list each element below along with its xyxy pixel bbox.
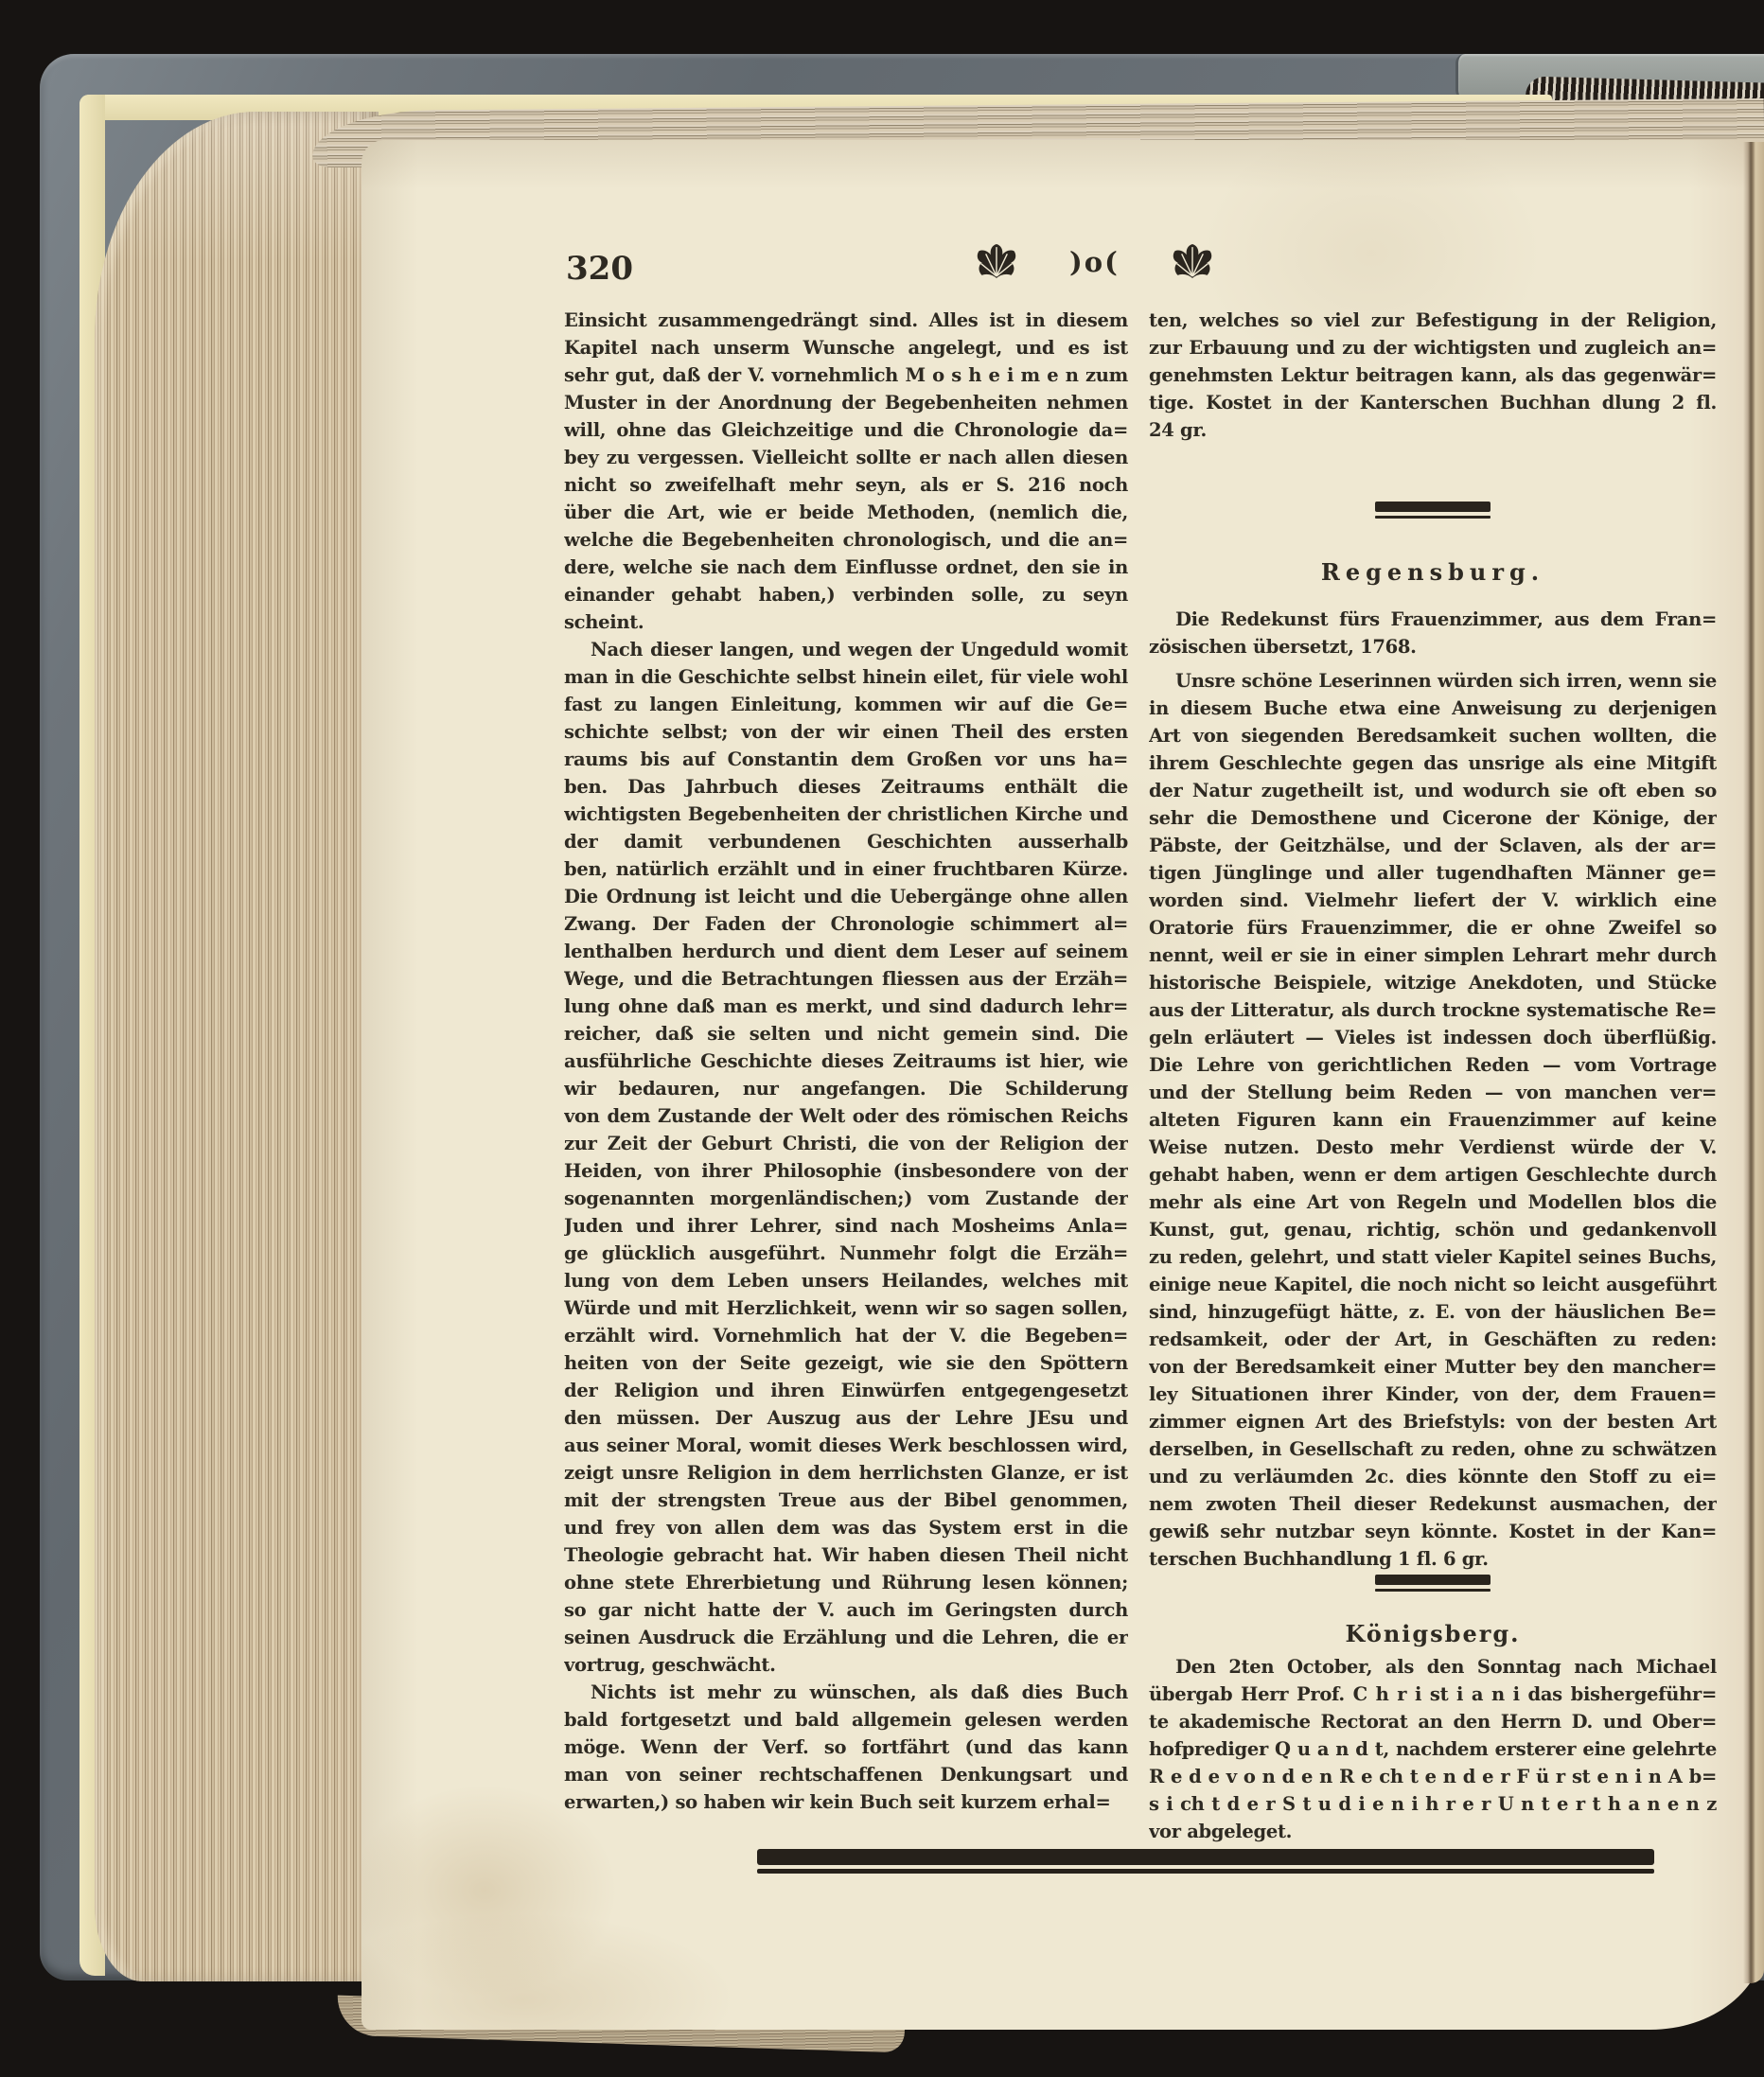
text-line: Kapitel nach unserm Wunsche angelegt, un… bbox=[564, 334, 1128, 361]
text-line: worden sind. Vielmehr liefert der V. wir… bbox=[1149, 887, 1717, 914]
text-line: ihrem Geschlechte gegen das unsrige als … bbox=[1149, 749, 1717, 777]
text-line: ge glücklich ausgeführt. Nunmehr folgt d… bbox=[564, 1240, 1128, 1267]
text-line: wichtigsten Begebenheiten der christlich… bbox=[564, 801, 1128, 828]
paragraph: Einsicht zusammengedrängt sind. Alles is… bbox=[564, 307, 1128, 636]
text-line: ohne stete Ehrerbietung und Rührung lese… bbox=[564, 1569, 1128, 1596]
text-line: in diesem Buche etwa eine Anweisung zu d… bbox=[1149, 695, 1717, 722]
text-line: seinen Ausdruck die Erzählung und die Le… bbox=[564, 1624, 1128, 1651]
text-line: historische Beispiele, witzige Anekdoten… bbox=[1149, 969, 1717, 996]
text-line: gehabt haben, wenn er dem artigen Geschl… bbox=[1149, 1161, 1717, 1188]
text-line: reicher, daß sie selten und nicht gemein… bbox=[564, 1020, 1128, 1047]
text-line: von der Beredsamkeit einer Mutter bey de… bbox=[1149, 1353, 1717, 1381]
text-line: Art von siegenden Beredsamkeit suchen wo… bbox=[1149, 722, 1717, 749]
text-line: Würde und mit Herzlichkeit, wenn wir so … bbox=[564, 1294, 1128, 1322]
divider-thin-bar bbox=[1375, 516, 1491, 519]
text-line: so gar nicht hatte der V. auch im Gering… bbox=[564, 1596, 1128, 1624]
shell-left-icon bbox=[975, 244, 1018, 283]
text-line: Unsre schöne Leserinnen würden sich irre… bbox=[1149, 667, 1717, 695]
text-line: sehr die Demosthene und Cicerone der Kön… bbox=[1149, 804, 1717, 832]
text-line: aus der Litteratur, als durch trockne sy… bbox=[1149, 996, 1717, 1024]
text-line: ausführliche Geschichte dieses Zeitraums… bbox=[564, 1047, 1128, 1075]
text-line: sehr gut, daß der V. vornehmlich M o s h… bbox=[564, 361, 1128, 389]
text-line: mit der strengsten Treue aus der Bibel g… bbox=[564, 1487, 1128, 1514]
text-line: und frey von allen dem was das System er… bbox=[564, 1514, 1128, 1541]
text-line: man von seiner rechtschaffenen Denkungsa… bbox=[564, 1761, 1128, 1788]
text-line: nicht so zweifelhaft mehr seyn, als er S… bbox=[564, 471, 1128, 499]
paragraph: Nichts ist mehr zu wünschen, als daß die… bbox=[564, 1679, 1128, 1816]
text-line: der damit verbundenen Geschichten ausser… bbox=[564, 828, 1128, 855]
text-line: Weise nutzen. Desto mehr Verdienst würde… bbox=[1149, 1134, 1717, 1161]
text-line: Einsicht zusammengedrängt sind. Alles is… bbox=[564, 307, 1128, 334]
text-line: geln erläutert — Vieles ist indessen doc… bbox=[1149, 1024, 1717, 1051]
text-line: von dem Zustande der Welt oder des römis… bbox=[564, 1102, 1128, 1130]
book-photograph: 320 )o( Einsicht zusammengedrängt sind. … bbox=[0, 0, 1764, 2077]
paragraph: Den 2ten October, als den Sonntag nach M… bbox=[1149, 1653, 1717, 1845]
text-line: Den 2ten October, als den Sonntag nach M… bbox=[1149, 1653, 1717, 1681]
header-ornaments: )o( bbox=[975, 244, 1214, 283]
text-line: Nach dieser langen, und wegen der Ungedu… bbox=[564, 636, 1128, 663]
text-line: welche die Begebenheiten chronologisch, … bbox=[564, 526, 1128, 554]
text-line: lenthalben herdurch und dient dem Leser … bbox=[564, 938, 1128, 965]
divider-thick-bar bbox=[1375, 1575, 1491, 1585]
text-line: terschen Buchhandlung 1 fl. 6 gr. bbox=[1149, 1545, 1717, 1573]
text-line: Die Lehre von gerichtlichen Reden — vom … bbox=[1149, 1051, 1717, 1079]
text-line: hofprediger Q u a n d t, nachdem erstere… bbox=[1149, 1735, 1717, 1763]
text-line: erwarten,) so haben wir kein Buch seit k… bbox=[564, 1788, 1128, 1816]
text-line: ben, natürlich erzählt und in einer fruc… bbox=[564, 855, 1128, 883]
text-line: Oratorie fürs Frauenzimmer, die er ohne … bbox=[1149, 914, 1717, 942]
text-line: ten, welches so viel zur Befestigung in … bbox=[1149, 307, 1717, 334]
text-line: dere, welche sie nach dem Einflusse ordn… bbox=[564, 554, 1128, 581]
text-line: der Natur zugetheilt ist, und wodurch si… bbox=[1149, 777, 1717, 804]
text-line: bey zu vergessen. Vielleicht sollte er n… bbox=[564, 444, 1128, 471]
text-line: den müssen. Der Auszug aus der Lehre JEs… bbox=[564, 1404, 1128, 1432]
text-line: möge. Wenn der Verf. so fortfährt (und d… bbox=[564, 1734, 1128, 1761]
text-line: Die Redekunst fürs Frauenzimmer, aus dem… bbox=[1149, 606, 1717, 633]
text-line: aus seiner Moral, womit dieses Werk besc… bbox=[564, 1432, 1128, 1459]
text-line: nem zwoten Theil dieser Redekunst ausmac… bbox=[1149, 1490, 1717, 1518]
text-line: zösischen übersetzt, 1768. bbox=[1149, 633, 1717, 660]
text-line: einige neue Kapitel, die noch nicht so l… bbox=[1149, 1271, 1717, 1298]
parentheses-circle-ornament: )o( bbox=[1069, 246, 1120, 278]
text-line: zur Zeit der Geburt Christi, die von der… bbox=[564, 1130, 1128, 1157]
text-line: s i ch t d e r S t u d i e n i h r e r U… bbox=[1149, 1790, 1717, 1818]
text-line: tige. Kostet in der Kanterschen Buchhan … bbox=[1149, 389, 1717, 416]
text-line: zur Erbauung und zu der wichtigsten und … bbox=[1149, 334, 1717, 361]
rule-thin-bar bbox=[757, 1869, 1654, 1874]
text-line: fast zu langen Einleitung, kommen wir au… bbox=[564, 691, 1128, 718]
text-line: wir bedauren, nur angefangen. Die Schild… bbox=[564, 1075, 1128, 1102]
text-line: sogenannten morgenländischen;) vom Zusta… bbox=[564, 1185, 1128, 1212]
text-line: vor abgeleget. bbox=[1149, 1818, 1717, 1845]
text-line: derselben, in Gesellschaft zu reden, ohn… bbox=[1149, 1435, 1717, 1463]
page-fore-edge-right bbox=[1743, 142, 1764, 1983]
right-text-column: ten, welches so viel zur Befestigung in … bbox=[1149, 307, 1717, 1845]
rule-thick-bar bbox=[757, 1849, 1654, 1865]
text-line: Muster in der Anordnung der Begebenheite… bbox=[564, 389, 1128, 416]
section-divider bbox=[1375, 502, 1491, 519]
shell-right-icon bbox=[1171, 244, 1214, 283]
paragraph: Nach dieser langen, und wegen der Ungedu… bbox=[564, 636, 1128, 1679]
text-line: Heiden, von ihrer Philosophie (insbesond… bbox=[564, 1157, 1128, 1185]
text-line: te akademische Rectorat an den Herrn D. … bbox=[1149, 1708, 1717, 1735]
section-heading: Regensburg. bbox=[1149, 557, 1717, 588]
text-line: Wege, und die Betrachtungen fliessen aus… bbox=[564, 965, 1128, 993]
text-line: einander gehabt haben,) verbinden solle,… bbox=[564, 581, 1128, 608]
text-line: der Religion und ihren Einwürfen entgege… bbox=[564, 1377, 1128, 1404]
text-line: nennt, weil er sie in einer simplen Lehr… bbox=[1149, 942, 1717, 969]
text-line: heiten von der Seite gezeigt, wie sie de… bbox=[564, 1349, 1128, 1377]
text-line: alteten Figuren kann ein Frauenzimmer au… bbox=[1149, 1106, 1717, 1134]
section-divider bbox=[1375, 1575, 1491, 1592]
text-line: Nichts ist mehr zu wünschen, als daß die… bbox=[564, 1679, 1128, 1706]
text-line: Päbste, der Geitzhälse, und der Sclaven,… bbox=[1149, 832, 1717, 859]
text-line: tigen Jünglinge und aller tugendhaften M… bbox=[1149, 859, 1717, 887]
text-line: mehr als eine Art von Regeln und Modelle… bbox=[1149, 1188, 1717, 1216]
text-line: Zwang. Der Faden der Chronologie schimme… bbox=[564, 910, 1128, 938]
section-heading: Königsberg. bbox=[1149, 1619, 1717, 1649]
text-line: R e d e v o n d e n R e ch t e n d e r F… bbox=[1149, 1763, 1717, 1790]
text-line: zimmer eignen Art des Briefstyls: von de… bbox=[1149, 1408, 1717, 1435]
text-line: schichte selbst; von der wir einen Theil… bbox=[564, 718, 1128, 746]
text-line: vortrug, geschwächt. bbox=[564, 1651, 1128, 1679]
text-line: redsamkeit, oder der Art, in Geschäften … bbox=[1149, 1326, 1717, 1353]
divider-thick-bar bbox=[1375, 502, 1491, 512]
text-line: bald fortgesetzt und bald allgemein gele… bbox=[564, 1706, 1128, 1734]
text-line: zeigt unsre Religion in dem herrlichsten… bbox=[564, 1459, 1128, 1487]
text-line: lung ohne daß man es merkt, und sind dad… bbox=[564, 993, 1128, 1020]
text-line: scheint. bbox=[564, 608, 1128, 636]
text-line: ley Situationen ihrer Kinder, von der, d… bbox=[1149, 1381, 1717, 1408]
text-line: erzählt wird. Vornehmlich hat der V. die… bbox=[564, 1322, 1128, 1349]
text-line: und zu verläumden 2c. dies könnte den St… bbox=[1149, 1463, 1717, 1490]
page-bottom-rule bbox=[757, 1849, 1654, 1874]
text-line: 24 gr. bbox=[1149, 416, 1717, 444]
divider-thin-bar bbox=[1375, 1589, 1491, 1592]
text-line: lung von dem Leben unsers Heilandes, wel… bbox=[564, 1267, 1128, 1294]
text-line: übergab Herr Prof. C h r i st i a n i da… bbox=[1149, 1681, 1717, 1708]
paragraph: ten, welches so viel zur Befestigung in … bbox=[1149, 307, 1717, 444]
page-fore-edge-fan bbox=[95, 112, 379, 1981]
text-line: will, ohne das Gleichzeitige und die Chr… bbox=[564, 416, 1128, 444]
text-line: genehmsten Lektur beitragen kann, als da… bbox=[1149, 361, 1717, 389]
text-line: über die Art, wie er beide Methoden, (ne… bbox=[564, 499, 1128, 526]
book-page: 320 )o( Einsicht zusammengedrängt sind. … bbox=[362, 140, 1764, 2030]
text-line: Kunst, gut, genau, richtig, schön und ge… bbox=[1149, 1216, 1717, 1243]
text-line: Theologie gebracht hat. Wir haben diesen… bbox=[564, 1541, 1128, 1569]
text-line: und der Stellung beim Reden — von manche… bbox=[1149, 1079, 1717, 1106]
text-line: Juden und ihrer Lehrer, sind nach Moshei… bbox=[564, 1212, 1128, 1240]
paragraph: Unsre schöne Leserinnen würden sich irre… bbox=[1149, 667, 1717, 1573]
text-line: Die Ordnung ist leicht und die Uebergäng… bbox=[564, 883, 1128, 910]
page-number: 320 bbox=[566, 250, 633, 288]
left-text-column: Einsicht zusammengedrängt sind. Alles is… bbox=[564, 307, 1128, 1816]
text-line: gewiß sehr nutzbar seyn könnte. Kostet i… bbox=[1149, 1518, 1717, 1545]
text-line: sind, hinzugefügt hätte, z. E. von der h… bbox=[1149, 1298, 1717, 1326]
text-line: ben. Das Jahrbuch dieses Zeitraums enthä… bbox=[564, 773, 1128, 801]
text-line: zu reden, gelehrt, und statt vieler Kapi… bbox=[1149, 1243, 1717, 1271]
text-line: raums bis auf Constantin dem Großen vor … bbox=[564, 746, 1128, 773]
text-line: man in die Geschichte selbst hinein eile… bbox=[564, 663, 1128, 691]
paragraph: Die Redekunst fürs Frauenzimmer, aus dem… bbox=[1149, 606, 1717, 660]
